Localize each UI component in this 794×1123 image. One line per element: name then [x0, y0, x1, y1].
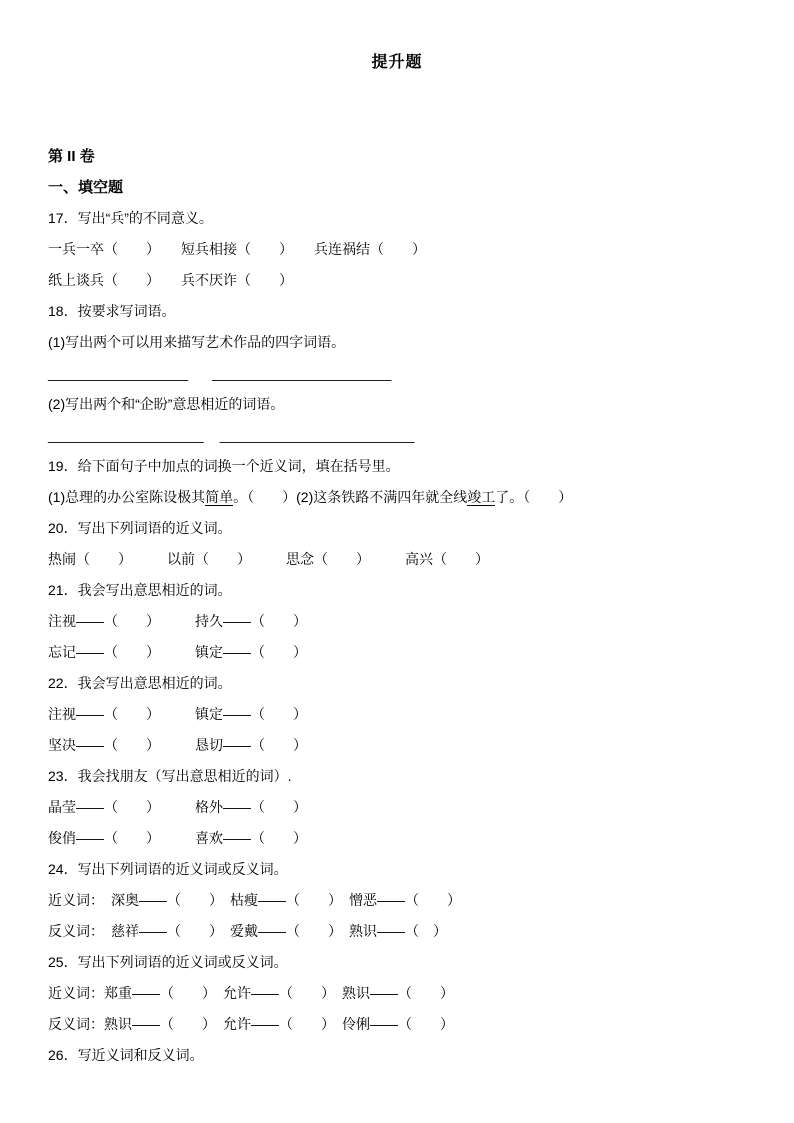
- question-25-stem: 25．写出下列词语的近义词或反义词。: [48, 947, 754, 978]
- question-19-sentences: (1)总理的办公室陈设极其简单。（ ）(2)这条铁路不满四年就全线竣工了。（ ）: [48, 482, 754, 513]
- question-24-stem: 24．写出下列词语的近义词或反义词。: [48, 854, 754, 885]
- question-18-stem: 18．按要求写词语。: [48, 296, 754, 327]
- sentence-text: 了。（ ）: [495, 489, 572, 505]
- question-21-answer-row-1: 注视——（ ） 持久——（ ）: [48, 606, 754, 637]
- question-17-answer-row-1: 一兵一卒（ ） 短兵相接（ ） 兵连祸结（ ）: [48, 234, 754, 265]
- question-22-answer-row-2: 坚决——（ ） 恳切——（ ）: [48, 730, 754, 761]
- question-20-answer-row: 热闹（ ） 以前（ ） 思念（ ） 高兴（ ）: [48, 544, 754, 575]
- worksheet-content: 第 II 卷 一、填空题 17．写出“兵”的不同意义。 一兵一卒（ ） 短兵相接…: [0, 141, 794, 1071]
- question-26-stem: 26．写近义词和反义词。: [48, 1040, 754, 1071]
- section-heading: 一、填空题: [48, 172, 754, 203]
- question-25-synonym-row: 近义词：郑重——（ ） 允许——（ ） 熟识——（ ）: [48, 978, 754, 1009]
- question-21-answer-row-2: 忘记——（ ） 镇定——（ ）: [48, 637, 754, 668]
- question-18-blank-row-2: ________________________________________…: [48, 420, 754, 451]
- question-24-synonym-row: 近义词： 深奥——（ ） 枯瘦——（ ） 憎恶——（ ）: [48, 885, 754, 916]
- question-22-stem: 22．我会写出意思相近的词。: [48, 668, 754, 699]
- answer-blank-line: __________________: [48, 365, 188, 381]
- question-18-subitem-2: (2)写出两个和“企盼”意思相近的词语。: [48, 389, 754, 420]
- question-24-antonym-row: 反义词： 慈祥——（ ） 爱戴——（ ） 熟识——（ ）: [48, 916, 754, 947]
- question-17-answer-row-2: 纸上谈兵（ ） 兵不厌诈（ ）: [48, 265, 754, 296]
- part-heading: 第 II 卷: [48, 141, 754, 172]
- question-20-stem: 20．写出下列词语的近义词。: [48, 513, 754, 544]
- question-21-stem: 21．我会写出意思相近的词。: [48, 575, 754, 606]
- marked-word: 竣工: [467, 489, 495, 506]
- sentence-text: 。（ ）(2)这条铁路不满四年就全线: [233, 489, 467, 505]
- question-23-stem: 23．我会找朋友（写出意思相近的词）.: [48, 761, 754, 792]
- answer-blank-line: ____________________: [48, 427, 204, 443]
- answer-blank-line: _________________________: [220, 427, 415, 443]
- sentence-text: (1)总理的办公室陈设极其: [48, 489, 205, 505]
- worksheet-page: 提升题 第 II 卷 一、填空题 17．写出“兵”的不同意义。 一兵一卒（ ） …: [0, 0, 794, 1123]
- question-25-antonym-row: 反义词：熟识——（ ） 允许——（ ） 伶俐——（ ）: [48, 1009, 754, 1040]
- question-17-stem: 17．写出“兵”的不同意义。: [48, 203, 754, 234]
- answer-blank-line: _______________________: [212, 365, 391, 381]
- page-title: 提升题: [0, 52, 794, 74]
- question-22-answer-row-1: 注视——（ ） 镇定——（ ）: [48, 699, 754, 730]
- question-23-answer-row-2: 俊俏——（ ） 喜欢——（ ）: [48, 823, 754, 854]
- question-18-blank-row-1: ________________________________________…: [48, 358, 754, 389]
- question-18-subitem-1: (1)写出两个可以用来描写艺术作品的四字词语。: [48, 327, 754, 358]
- question-23-answer-row-1: 晶莹——（ ） 格外——（ ）: [48, 792, 754, 823]
- question-19-stem: 19．给下面句子中加点的词换一个近义词，填在括号里。: [48, 451, 754, 482]
- marked-word: 简单: [205, 489, 233, 506]
